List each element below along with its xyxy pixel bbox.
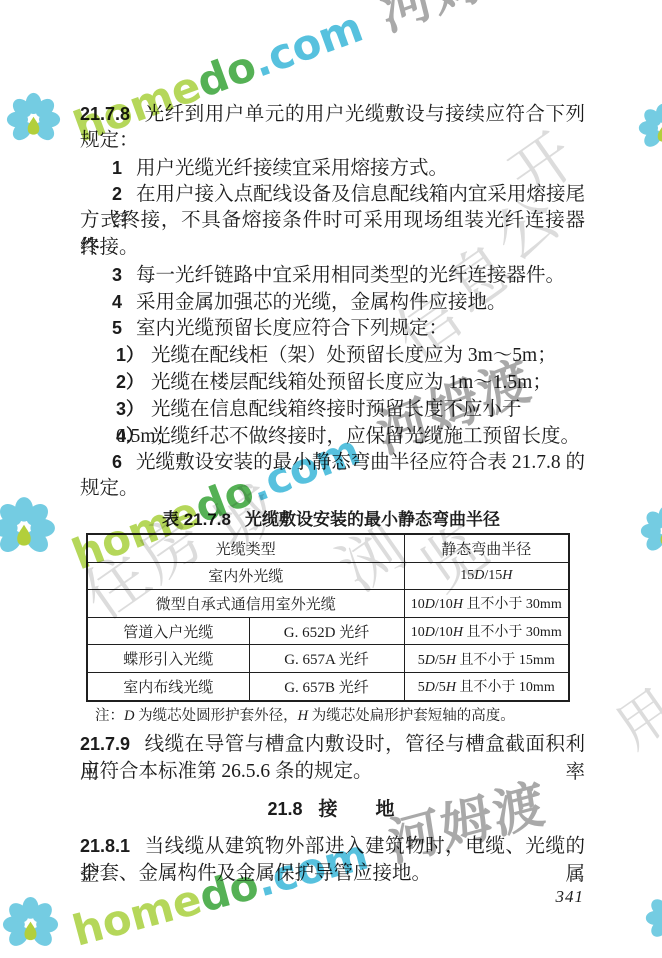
section-21-7-9: 21.7.9线缆在导管与槽盒内敷设时，管径与槽盒截面积利用率 应符合本标准第 2… bbox=[80, 730, 585, 786]
table-cell: 10D/10H 且不小于 30mm bbox=[404, 617, 569, 645]
body-line: 2在用户接入点配线设备及信息配线箱内宜采用熔接尾纤 bbox=[80, 181, 585, 208]
item-number: 3） bbox=[116, 399, 144, 419]
body-line-text: 光缆敷设安装的最小静态弯曲半径应符合表 21.7.8 的 bbox=[136, 452, 585, 473]
item-number: 21.7.9 bbox=[80, 734, 130, 754]
table-label: 表 21.7.8 bbox=[162, 510, 231, 529]
document-page: 信 息 公 开 住 房 城 浏 览 用 homedo.com 河姆渡 homed… bbox=[0, 0, 662, 958]
homedo-flower-logo bbox=[638, 103, 662, 153]
table-cell: G. 657A 光纤 bbox=[249, 645, 404, 673]
item-number: 4） bbox=[116, 426, 144, 446]
body-line: 规定。 bbox=[80, 476, 585, 503]
table-cell: 蝶形引入光缆 bbox=[87, 645, 249, 673]
body-line: 终接。 bbox=[80, 235, 585, 262]
homedo-flower-logo bbox=[6, 92, 61, 147]
body-line-text: 采用金属加强芯的光缆，金属构件应接地。 bbox=[136, 292, 507, 313]
item-number: 2） bbox=[116, 372, 144, 392]
item-number: 5 bbox=[112, 318, 122, 338]
table-cell: 5D/5H 且不小于 10mm bbox=[404, 672, 569, 700]
watermark-do-text: do bbox=[190, 41, 262, 107]
item-number: 21.8.1 bbox=[80, 836, 130, 856]
item-number: 2 bbox=[112, 184, 122, 204]
table-cell: 光缆类型 bbox=[87, 534, 404, 562]
item-number: 21.7.8 bbox=[80, 104, 130, 124]
body-line-text: 终接。 bbox=[80, 237, 139, 258]
table-row: 蝶形引入光缆G. 657A 光纤5D/5H 且不小于 15mm bbox=[87, 645, 569, 673]
section-21-7-8: 21.7.8光纤到用户单元的用户光缆敷设与接续应符合下列规定：1用户光缆光纤接续… bbox=[80, 101, 585, 503]
body-line-text: 规定。 bbox=[80, 478, 139, 499]
body-line-text: 规定： bbox=[80, 130, 139, 151]
item-number: 4 bbox=[112, 292, 122, 312]
table-row: 管道入户光缆G. 652D 光纤10D/10H 且不小于 30mm bbox=[87, 617, 569, 645]
body-line: 4）光缆纤芯不做终接时，应保留光缆施工预留长度。 bbox=[80, 423, 585, 450]
body-line-text: 光缆纤芯不做终接时，应保留光缆施工预留长度。 bbox=[151, 426, 580, 447]
body-line-text: 光纤到用户单元的用户光缆敷设与接续应符合下列 bbox=[144, 104, 585, 125]
table-header-row: 光缆类型静态弯曲半径 bbox=[87, 534, 569, 562]
section-21-8-1: 21.8.1当线缆从建筑物外部进入建筑物时，电缆、光缆的金属 护套、金属构件及金… bbox=[80, 832, 585, 888]
body-line-text: 光缆在楼层配线箱处预留长度应为 1m～1.5m； bbox=[151, 372, 552, 393]
body-line: 21.7.9线缆在导管与槽盒内敷设时，管径与槽盒截面积利用率 bbox=[80, 730, 585, 758]
body-line: 4采用金属加强芯的光缆，金属构件应接地。 bbox=[80, 289, 585, 316]
table-title: 表 21.7.8光缆敷设安装的最小静态弯曲半径 bbox=[0, 505, 662, 530]
table-row: 微型自承式通信用室外光缆10D/10H 且不小于 30mm bbox=[87, 590, 569, 618]
body-line-text: 每一光纤链路中宜采用相同类型的光纤连接器件。 bbox=[136, 265, 565, 286]
body-line: 3）光缆在信息配线箱终接时预留长度不应小于 0.5m； bbox=[80, 396, 585, 423]
body-line-text: 室内光缆预留长度应符合下列规定： bbox=[136, 318, 448, 339]
table-cell: 室内布线光缆 bbox=[87, 672, 249, 700]
table-cell: 管道入户光缆 bbox=[87, 617, 249, 645]
stamp-char: 用 bbox=[607, 681, 662, 758]
heading-title: 接 地 bbox=[319, 799, 395, 820]
body-line: 6光缆敷设安装的最小静态弯曲半径应符合表 21.7.8 的 bbox=[80, 449, 585, 476]
table-cell: G. 657B 光纤 bbox=[249, 672, 404, 700]
table-cell: 5D/5H 且不小于 15mm bbox=[404, 645, 569, 673]
body-line: 21.7.8光纤到用户单元的用户光缆敷设与接续应符合下列 bbox=[80, 101, 585, 128]
table-cell: G. 652D 光纤 bbox=[249, 617, 404, 645]
body-line: 1用户光缆光纤接续宜采用熔接方式。 bbox=[80, 155, 585, 182]
body-line: 方式终接，不具备熔接条件时可采用现场组装光纤连接器件 bbox=[80, 208, 585, 235]
table-21-7-8: 光缆类型静态弯曲半径室内外光缆15D/15H微型自承式通信用室外光缆10D/10… bbox=[86, 533, 570, 702]
body-line-text: 用户光缆光纤接续宜采用熔接方式。 bbox=[136, 158, 448, 179]
item-number: 1） bbox=[116, 345, 144, 365]
watermark-com-text: .com bbox=[246, 2, 369, 87]
item-number: 1 bbox=[112, 158, 122, 178]
table-row: 室内布线光缆G. 657B 光纤5D/5H 且不小于 10mm bbox=[87, 672, 569, 700]
table-row: 室内外光缆15D/15H bbox=[87, 562, 569, 590]
table-note: 注：D 为缆芯处圆形护套外径，H 为缆芯处扁形护套短轴的高度。 bbox=[95, 704, 515, 725]
table-cell: 15D/15H bbox=[404, 562, 569, 590]
homedo-flower-logo bbox=[645, 893, 662, 943]
body-line: 3每一光纤链路中宜采用相同类型的光纤连接器件。 bbox=[80, 262, 585, 289]
body-line-text: 光缆在配线柜（架）处预留长度应为 3m～5m； bbox=[151, 345, 557, 366]
page-number: 341 bbox=[556, 887, 585, 907]
homedo-flower-logo bbox=[2, 896, 59, 953]
table-cell: 室内外光缆 bbox=[87, 562, 404, 590]
body-line: 1）光缆在配线柜（架）处预留长度应为 3m～5m； bbox=[80, 342, 585, 369]
watermark-chinese-text: 河姆渡 bbox=[372, 0, 542, 46]
body-line: 21.8.1当线缆从建筑物外部进入建筑物时，电缆、光缆的金属 bbox=[80, 832, 585, 860]
table-cell: 静态弯曲半径 bbox=[404, 534, 569, 562]
body-line: 规定： bbox=[80, 128, 585, 155]
body-line: 2）光缆在楼层配线箱处预留长度应为 1m～1.5m； bbox=[80, 369, 585, 396]
heading-number: 21.8 bbox=[267, 799, 302, 819]
table-cell: 10D/10H 且不小于 30mm bbox=[404, 590, 569, 618]
body-line: 5室内光缆预留长度应符合下列规定： bbox=[80, 315, 585, 342]
table-cell: 微型自承式通信用室外光缆 bbox=[87, 590, 404, 618]
item-number: 3 bbox=[112, 265, 122, 285]
section-heading-21-8: 21.8接 地 bbox=[0, 794, 662, 821]
item-number: 6 bbox=[112, 452, 122, 472]
table-title-text: 光缆敷设安装的最小静态弯曲半径 bbox=[245, 510, 500, 529]
